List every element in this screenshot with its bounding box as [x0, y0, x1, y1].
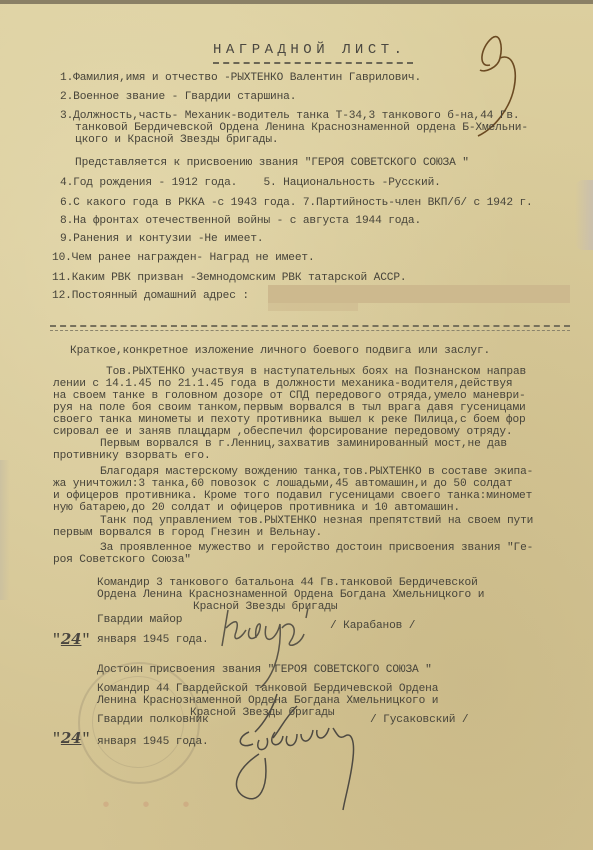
- narrative-line: сировал ее и заняв плацдарм ,обеспечил ф…: [53, 426, 512, 438]
- field-position-unit-cont: танковой Бердичевской Ордена Ленина Крас…: [75, 122, 528, 134]
- commander2-title-line: Командир 44 Гвардейской танковой Бердиче…: [97, 683, 438, 695]
- commander1-date: "24": [52, 633, 90, 647]
- commander1-rank: Гвардии майор: [97, 614, 182, 626]
- redacted-address: [268, 303, 358, 311]
- field-position-unit: 3.Должность,часть- Механик-водитель танк…: [60, 110, 519, 122]
- commander2-rank: Гвардии полковник: [97, 714, 209, 726]
- field-draft-office: 11.Каким РВК призван -Земнодомским РВК т…: [52, 272, 406, 284]
- narrative-line: на своем танке в головном дозоре от СПД …: [53, 390, 526, 402]
- narrative-line: и офицеров противника. Кроме того подави…: [53, 490, 532, 502]
- commander1-title-line: Командир 3 танкового батальона 44 Гв.тан…: [97, 577, 478, 589]
- commander2-title-line: Красной Звезды бригады: [190, 707, 334, 719]
- summary-heading: Краткое,конкретное изложение личного бое…: [70, 345, 490, 357]
- narrative-line: своего танка минометы и пехоту противник…: [53, 414, 526, 426]
- nomination-line: Представляется к присвоению звания "ГЕРО…: [75, 157, 469, 169]
- field-position-unit-cont: цкого и Красной Звезды бригады.: [75, 134, 278, 146]
- field-military-rank: 2.Военное звание - Гвардии старшина.: [60, 91, 296, 103]
- faded-red-stamp: • • •: [100, 795, 250, 830]
- commander1-name: / Карабанов /: [330, 620, 415, 632]
- commander1-title-line: Ордена Ленина Краснознаменной Ордена Бог…: [97, 589, 484, 601]
- commander1-title-line: Красной Звезды бригады: [193, 601, 337, 613]
- section-divider: [50, 330, 570, 331]
- section-divider: [50, 325, 570, 327]
- commander2-date-rest: января 1945 года.: [97, 736, 209, 748]
- field-home-address: 12.Постоянный домашний адрес :: [52, 290, 249, 302]
- narrative-line: лении с 14.1.45 по 21.1.45 года в должно…: [53, 378, 512, 390]
- narrative-line: первым ворвался в город Гнезин и Вельнау…: [53, 527, 322, 539]
- commander2-date: "24": [52, 732, 90, 746]
- date-day: 24: [61, 630, 82, 648]
- award-sheet-page: НАГРАДНОЙ ЛИСТ. 1.Фамилия,имя и отчество…: [0, 0, 593, 850]
- commander2-title-line: Ленина Краснознаменной Ордена Богдана Хм…: [97, 695, 438, 707]
- field-previous-awards: 10.Чем ранее награжден- Наград не имеет.: [52, 252, 315, 264]
- field-full-name: 1.Фамилия,имя и отчество -РЫХТЕНКО Вален…: [60, 72, 421, 84]
- paper-stain: [0, 460, 10, 600]
- scan-top-edge: [0, 0, 593, 4]
- narrative-line: Первым ворвался в г.Ленниц,захватив зами…: [100, 438, 507, 450]
- narrative-line: руя на поле боя своим танком,первым ворв…: [53, 402, 526, 414]
- narrative-line: Благодаря мастерскому вождению танка,тов…: [100, 466, 533, 478]
- narrative-line: За проявленное мужество и геройство дост…: [100, 542, 533, 554]
- date-day: 24: [61, 729, 82, 747]
- narrative-line: Тов.РЫХТЕНКО участвуя в наступательных б…: [106, 366, 526, 378]
- narrative-line: роя Советского Союза": [53, 554, 191, 566]
- narrative-line: Танк под управлением тов.РЫХТЕНКО незная…: [100, 515, 533, 527]
- narrative-line: противнику взорвать его.: [53, 450, 211, 462]
- field-front-service: 8.На фронтах отечественной войны - с авг…: [60, 215, 421, 227]
- paper-stain: [575, 180, 593, 250]
- field-wounds: 9.Ранения и контузии -Не имеет.: [60, 233, 264, 245]
- document-title: НАГРАДНОЙ ЛИСТ.: [213, 44, 407, 56]
- commander1-date-rest: января 1945 года.: [97, 634, 209, 646]
- narrative-line: ную батарею,до 20 солдат и офицеров прот…: [53, 502, 460, 514]
- field-service-party: 6.С какого года в РККА -с 1943 года. 7.П…: [60, 197, 533, 209]
- title-underline: [213, 62, 413, 64]
- field-birth-year-nationality: 4.Год рождения - 1912 года. 5. Националь…: [60, 177, 441, 189]
- redacted-address: [268, 285, 570, 303]
- commander2-name: / Гусаковский /: [370, 714, 468, 726]
- narrative-line: жа уничтожил:3 танка,60 повозок с лошадь…: [53, 478, 512, 490]
